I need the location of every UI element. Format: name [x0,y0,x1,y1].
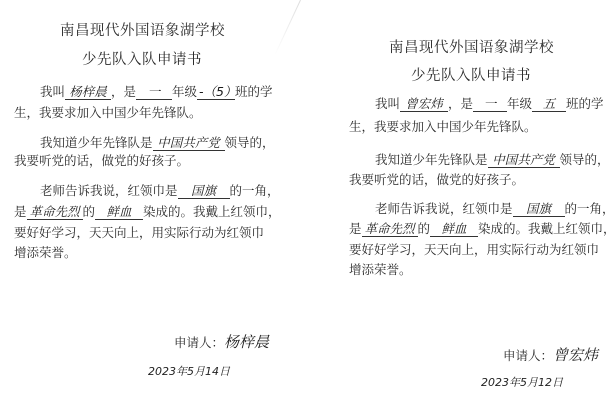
paragraph-3-line-4: 增添荣誉。 [14,245,77,261]
text: 老师告诉我说，红领巾是 [375,201,513,216]
filled-martyrs: 革命先烈 [27,205,83,220]
text: 是 [349,221,362,236]
filled-blood: 鲜血 [95,205,143,220]
text: 班的学 [566,96,604,111]
text: 是 [14,204,27,219]
filled-leader: 中国共产党 [153,136,225,151]
filled-grade: 一 [473,97,507,112]
filled-flag: 国旗 [513,202,565,217]
filled-leader: 中国共产党 [488,153,560,168]
applicant-line: 申请人：曾宏炜 [503,347,598,364]
text: 我知道少年先锋队是 [375,152,488,167]
paragraph-1-line-1: 我叫曾宏炜，是一年级五班的学 [375,96,604,112]
application-date: 2023年5月14日 [148,364,230,380]
text: 的一角， [565,201,609,216]
filled-flag: 国旗 [178,184,230,199]
text: 班的学 [235,84,273,99]
filled-grade: 一 [136,85,172,100]
paragraph-3-line-1: 老师告诉我说，红领巾是国旗的一角， [40,183,280,199]
text: 染成的。我戴上红领巾， [143,204,281,219]
application-form-left: 南昌现代外国语象湖学校 少先队入队申请书 我叫杨梓晨，是一年级-（5）班的学 生… [0,0,300,407]
paragraph-2-line-2: 我要听党的话，做党的好孩子。 [14,153,189,169]
paragraph-2-line-1: 我知道少年先锋队是中国共产党领导的， [375,152,609,168]
form-title: 少先队入队申请书 [82,52,202,68]
paragraph-3-line-2: 是革命先烈的鲜血染成的。我戴上红领巾， [14,204,281,220]
filled-blood: 鲜血 [430,222,478,237]
paragraph-3-line-2: 是革命先烈的鲜血染成的。我戴上红领巾， [349,221,609,237]
school-name: 南昌现代外国语象湖学校 [389,40,554,56]
applicant-label: 申请人： [503,348,553,363]
text: ，是 [448,96,473,111]
filled-martyrs: 革命先烈 [362,222,418,237]
text: 我叫 [375,96,400,111]
school-name: 南昌现代外国语象湖学校 [60,23,225,39]
text: 的 [418,221,431,236]
filled-class: 五 [532,97,566,112]
paragraph-3-line-4: 增添荣誉。 [349,262,412,278]
applicant-signature: 杨梓晨 [224,333,269,351]
paragraph-2-line-2: 我要听党的话，做党的好孩子。 [349,172,524,188]
text: 染成的。我戴上红领巾， [478,221,609,236]
paragraph-1-line-2: 生，我要求加入中国少年先锋队。 [14,105,202,121]
text: 的 [83,204,96,219]
text: 领导的， [560,152,609,167]
applicant-signature: 曾宏炜 [553,346,598,364]
text: 年级 [507,96,532,111]
paragraph-2-line-1: 我知道少年先锋队是中国共产党领导的， [40,135,275,151]
form-title: 少先队入队申请书 [411,68,531,84]
text: 老师告诉我说，红领巾是 [40,183,178,198]
text: 的一角， [230,183,280,198]
applicant-line: 申请人：杨梓晨 [174,334,269,351]
filled-name: 杨梓晨 [65,85,111,100]
paragraph-3-line-1: 老师告诉我说，红领巾是国旗的一角， [375,201,609,217]
text: 年级 [172,84,197,99]
text: 领导的， [225,135,275,150]
text: 我知道少年先锋队是 [40,135,153,150]
filled-class: -（5） [197,85,235,100]
application-date: 2023年5月12日 [481,375,563,391]
paragraph-3-line-3: 要好好学习，天天向上，用实际行动为红领巾 [14,225,264,241]
application-form-right: 南昌现代外国语象湖学校 少先队入队申请书 我叫曾宏炜，是一年级五班的学 生，我要… [305,0,609,407]
filled-name: 曾宏炜 [400,97,448,112]
text: 我叫 [40,84,65,99]
applicant-label: 申请人： [174,335,224,350]
paragraph-1-line-1: 我叫杨梓晨，是一年级-（5）班的学 [40,84,273,100]
paragraph-3-line-3: 要好好学习，天天向上，用实际行动为红领巾 [349,242,599,258]
text: ，是 [111,84,136,99]
paragraph-1-line-2: 生，我要求加入中国少年先锋队。 [349,119,537,135]
